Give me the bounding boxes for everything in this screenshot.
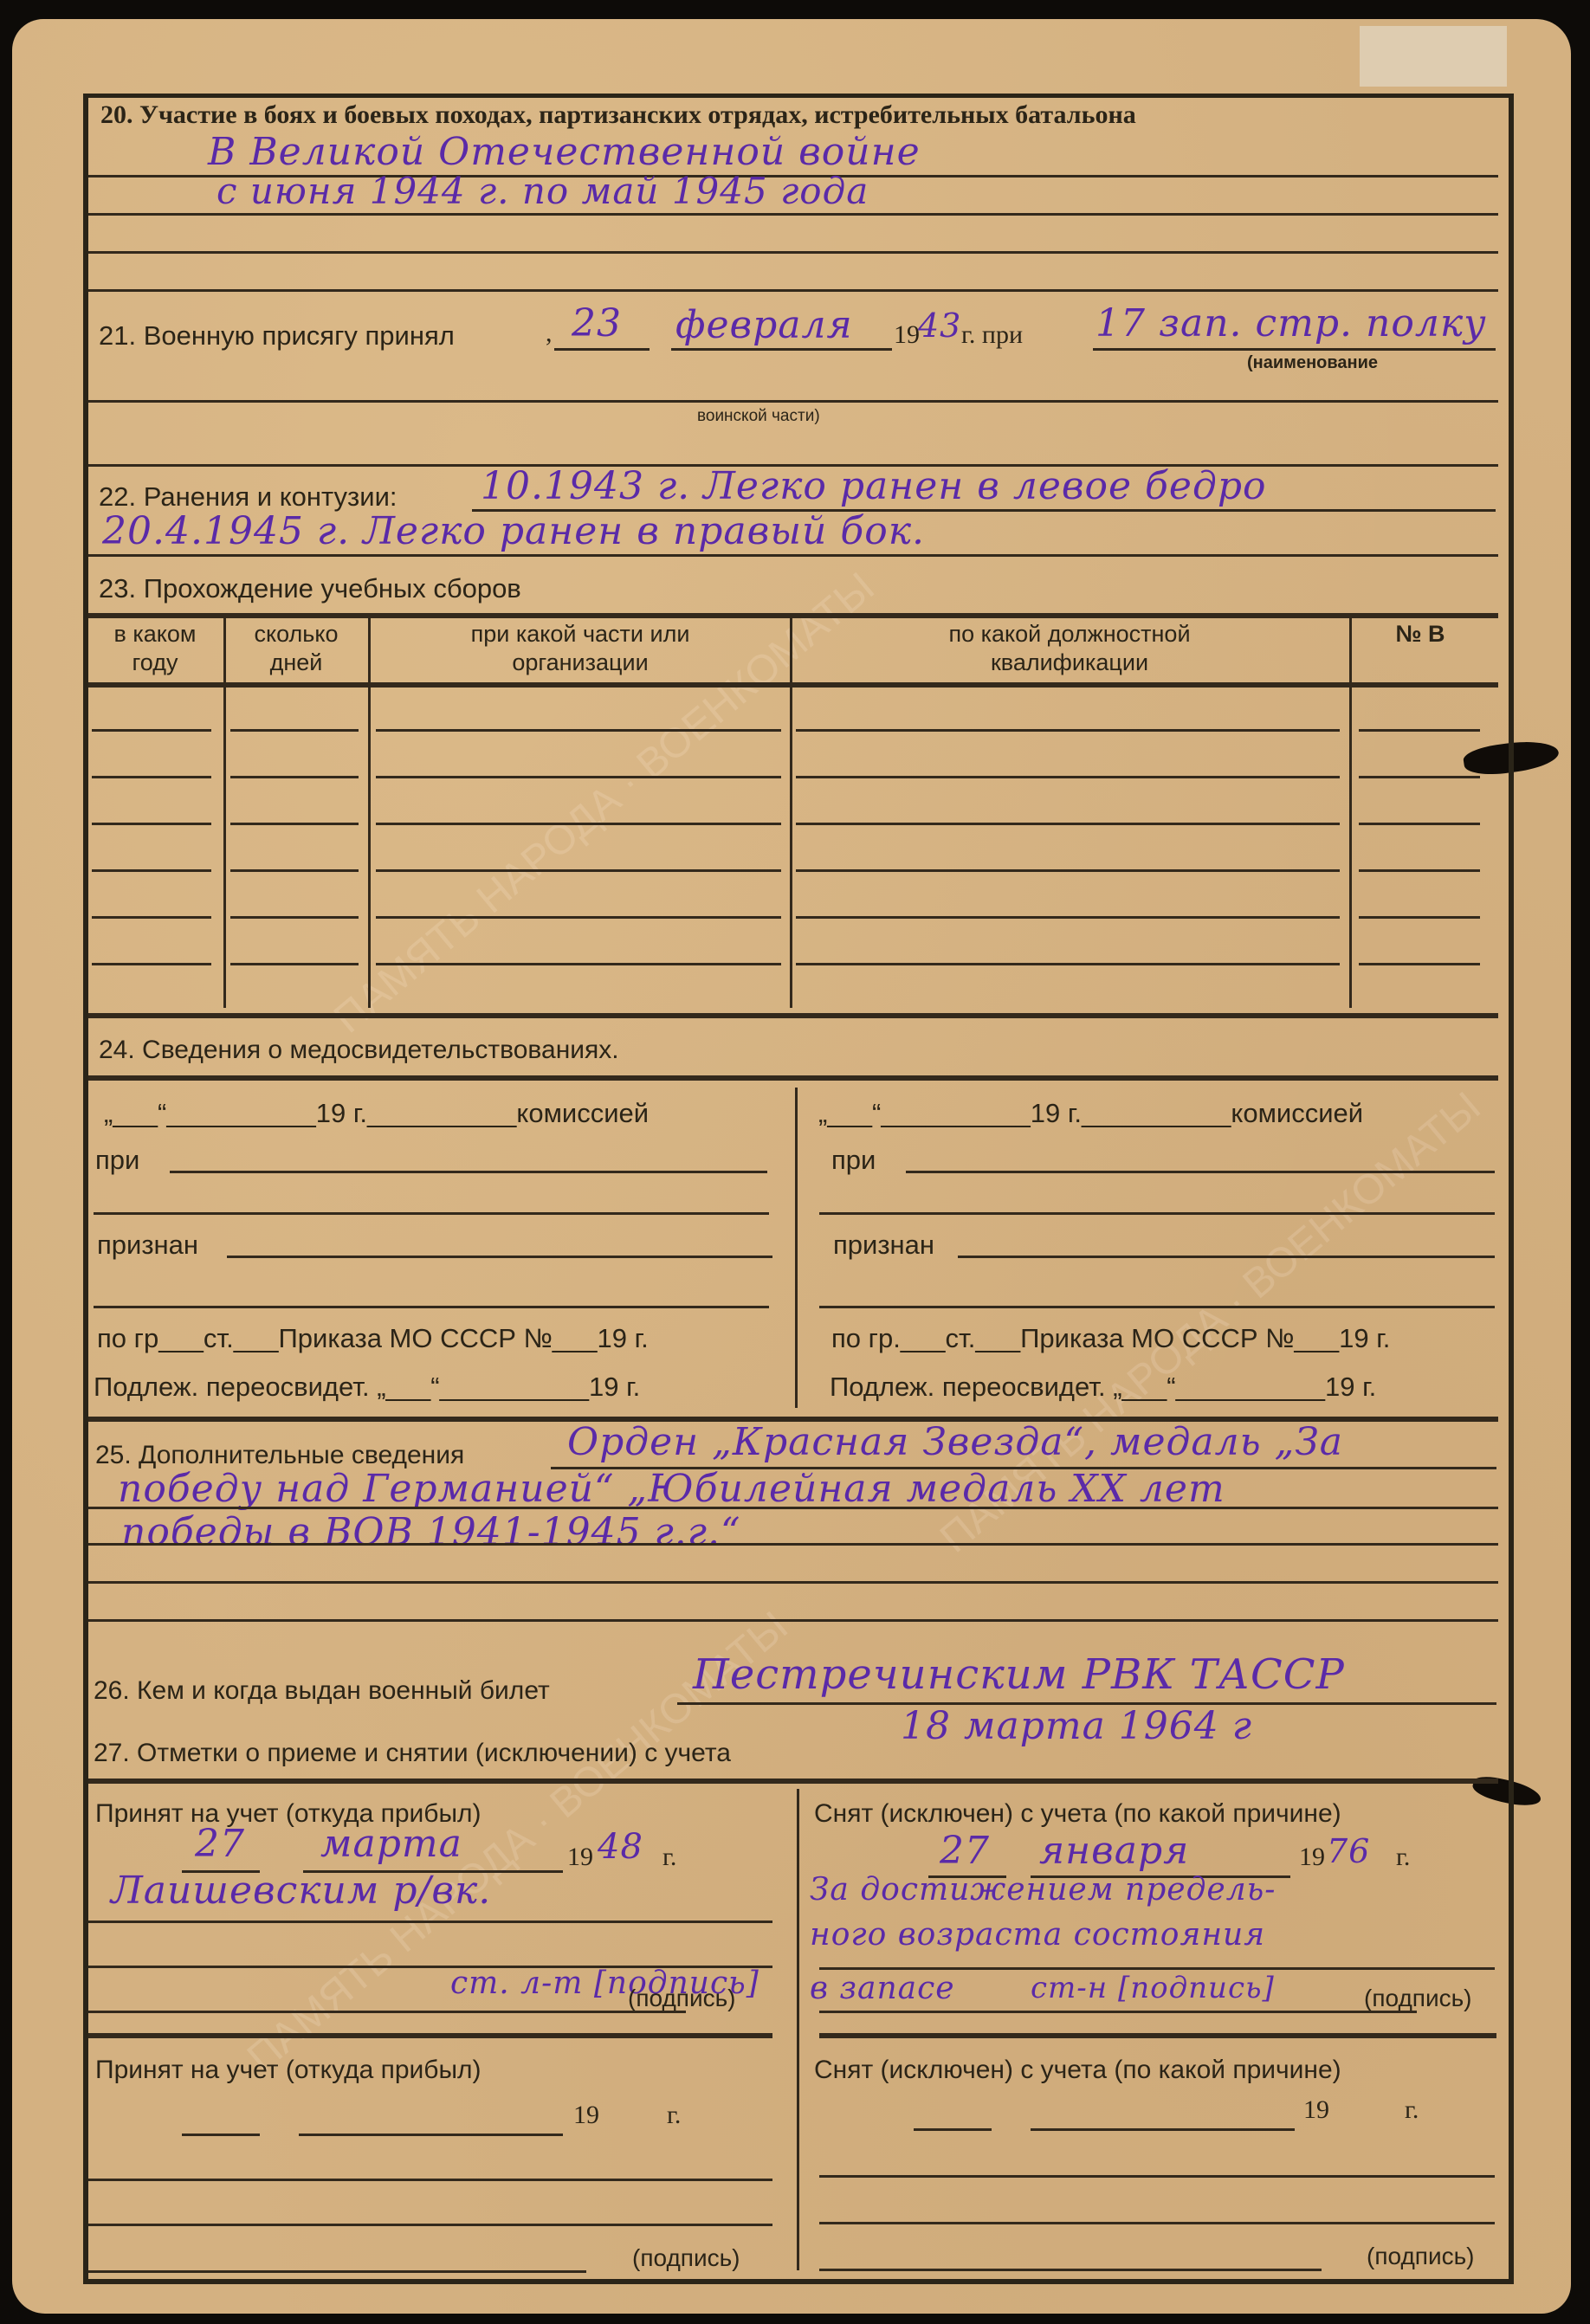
row-rule: [230, 963, 359, 965]
accepted-heading: Принят на учет (откуда прибыл): [95, 2056, 482, 2085]
section-27-label: 27. Отметки о приеме и снятии (исключени…: [94, 1739, 731, 1768]
rule: [819, 1967, 1495, 1970]
col-divider: [223, 618, 226, 1008]
row-rule: [796, 823, 1340, 825]
row-rule: [1359, 776, 1480, 778]
row-rule: [92, 963, 211, 965]
year-prefix: 19: [894, 320, 920, 350]
table-header-rule: [88, 682, 1498, 688]
removed-signature: ст-н [подпись]: [1031, 1971, 1275, 2005]
rule: [819, 2011, 1417, 2013]
row-rule: [92, 823, 211, 825]
rule: [554, 348, 650, 351]
row-rule: [376, 729, 781, 732]
row-rule: [796, 916, 1340, 919]
rule: [914, 2128, 992, 2131]
quote-mark: ,: [546, 319, 553, 348]
removed-reason: ного возраста состояния: [810, 1917, 1265, 1953]
row-rule: [376, 776, 781, 778]
table-top-rule: [88, 613, 1498, 618]
row-rule: [1359, 916, 1480, 919]
oath-month: февраля: [675, 303, 853, 347]
section-23-label: 23. Прохождение учебных сборов: [99, 573, 521, 604]
col-header-vus: № В: [1355, 620, 1485, 649]
col-header-unit: при какой части или организации: [372, 620, 788, 677]
row-rule: [230, 729, 359, 732]
section-25-label: 25. Дополнительные сведения: [95, 1441, 464, 1470]
accepted-month: марта: [320, 1822, 462, 1866]
rule: [88, 1619, 1498, 1622]
additional-info-entry: победу над Германией“ „Юбилейная медаль …: [118, 1467, 1225, 1511]
row-rule: [376, 963, 781, 965]
row-rule: [92, 916, 211, 919]
rule: [88, 554, 1498, 557]
removed-heading: Снят (исключен) с учета (по какой причин…: [814, 2056, 1341, 2085]
removed-reason: в запасе: [810, 1971, 955, 2006]
med-resurvey-line: Подлеж. переосвидет. „___“__________19 г…: [830, 1372, 1376, 1403]
signature-caption: (подпись): [628, 1985, 736, 2012]
row-rule: [230, 916, 359, 919]
col-header-days: сколько дней: [227, 620, 365, 677]
med-pri-label: при: [831, 1145, 876, 1176]
rule: [88, 1075, 1498, 1081]
removed-reason: За достижением предель-: [810, 1872, 1276, 1908]
signature-caption: (подпись): [1364, 1985, 1472, 2012]
section-26-label: 26. Кем и когда выдан военный билет: [94, 1676, 550, 1706]
rule: [88, 1779, 1498, 1784]
row-rule: [230, 776, 359, 778]
additional-info-entry: Орден „Красная Звезда“, медаль „За: [567, 1420, 1343, 1464]
rule: [819, 2269, 1322, 2271]
year-g-label: г.: [662, 1843, 676, 1872]
wound-entry: 20.4.1945 г. Легко ранен в правый бок.: [102, 509, 925, 553]
row-rule: [1359, 963, 1480, 965]
rule: [88, 1507, 1498, 1509]
section-24-label: 24. Сведения о медосвидетельствованиях.: [99, 1036, 619, 1065]
year-prefix: 19: [1299, 1843, 1325, 1872]
med-priznan-label: признан: [97, 1230, 198, 1261]
row-rule: [796, 729, 1340, 732]
ticket-issuer: Пестречинским РВК ТАССР: [693, 1650, 1345, 1699]
rule: [819, 2033, 1496, 2038]
table-bottom-rule: [88, 1013, 1498, 1018]
row-rule: [230, 823, 359, 825]
section-21-label: 21. Военную присягу принял: [99, 320, 455, 352]
rule: [94, 1306, 769, 1308]
col-header-qualification: по какой должностной квалификации: [792, 620, 1347, 677]
rule: [88, 1543, 1498, 1546]
col-divider: [795, 1088, 798, 1408]
med-date-line: „___“__________19 г.__________комиссией: [104, 1098, 649, 1129]
oath-unit: 17 зап. стр. полку: [1096, 301, 1487, 345]
accepted-day: 27: [195, 1822, 245, 1866]
section-20-entry: с июня 1944 г. по май 1945 года: [217, 170, 869, 212]
removed-month: января: [1039, 1829, 1189, 1873]
section-22-label: 22. Ранения и контузии:: [99, 481, 397, 513]
year-prefix: 19: [1303, 2095, 1329, 2125]
col-divider: [1349, 618, 1352, 1008]
row-rule: [230, 869, 359, 872]
row-rule: [796, 963, 1340, 965]
rule: [88, 1921, 772, 1923]
col-divider: [790, 618, 792, 1008]
rule: [227, 1256, 772, 1258]
row-rule: [1359, 729, 1480, 732]
row-rule: [1359, 869, 1480, 872]
med-order-line: по гр.___ст.___Приказа МО СССР №___19 г.: [831, 1323, 1390, 1354]
col-divider: [368, 618, 371, 1008]
col-header-year: в каком году: [88, 620, 222, 677]
rule: [88, 2011, 686, 2013]
med-date-line: „___“__________19 г.__________комиссией: [818, 1098, 1363, 1129]
year-g-label: г.: [1405, 2095, 1419, 2125]
rule: [1093, 348, 1496, 351]
rule: [88, 1581, 1498, 1584]
row-rule: [376, 823, 781, 825]
rule: [958, 1256, 1495, 1258]
row-rule: [92, 729, 211, 732]
med-resurvey-line: Подлеж. переосвидет. „___“__________19 г…: [94, 1372, 640, 1403]
paper-wear: [1360, 26, 1507, 87]
year-prefix: 19: [573, 2101, 599, 2130]
row-rule: [92, 869, 211, 872]
removed-day: 27: [940, 1829, 990, 1873]
rule: [88, 213, 1498, 216]
rule: [671, 348, 892, 351]
col-divider: [797, 1789, 799, 2270]
rule: [88, 2033, 772, 2038]
rule: [906, 1171, 1495, 1173]
med-pri-label: при: [95, 1145, 139, 1176]
rule: [182, 2134, 260, 2136]
caption: воинской части): [697, 407, 820, 426]
rule: [88, 2179, 772, 2181]
year-prefix: 19: [567, 1843, 593, 1872]
year-g-label: г.: [667, 2101, 681, 2130]
rule: [1031, 2128, 1295, 2131]
oath-year: 43: [918, 307, 961, 345]
rule: [88, 2224, 772, 2226]
accepted-from: Лаишевским р/вк.: [111, 1869, 491, 1913]
removed-year: 76: [1327, 1832, 1370, 1870]
rule: [88, 400, 1498, 403]
rule: [819, 1212, 1495, 1215]
signature-caption: (подпись): [1367, 2243, 1475, 2270]
rule: [88, 289, 1498, 292]
row-rule: [796, 869, 1340, 872]
caption: (наименование: [1247, 353, 1378, 373]
section-20-entry: В Великой Отечественной войне: [208, 130, 921, 174]
section-20-label: 20. Участие в боях и боевых походах, пар…: [100, 100, 1136, 130]
row-rule: [376, 916, 781, 919]
rule: [170, 1171, 767, 1173]
ticket-issue-date: 18 марта 1964 г: [901, 1704, 1252, 1748]
row-rule: [376, 869, 781, 872]
row-rule: [796, 776, 1340, 778]
rule: [88, 251, 1498, 254]
year-g-label: г. при: [961, 320, 1023, 350]
year-g-label: г.: [1396, 1843, 1410, 1872]
wound-entry: 10.1943 г. Легко ранен в левое бедро: [481, 464, 1267, 508]
row-rule: [92, 776, 211, 778]
rule: [299, 2134, 563, 2136]
removed-heading: Снят (исключен) с учета (по какой причин…: [814, 1799, 1341, 1829]
row-rule: [1359, 823, 1480, 825]
rule: [819, 2222, 1495, 2224]
oath-day: 23: [572, 301, 622, 345]
rule: [819, 1306, 1495, 1308]
additional-info-entry: победы в ВОВ 1941-1945 г.г.“: [121, 1510, 741, 1554]
rule: [819, 2175, 1495, 2178]
accepted-year: 48: [598, 1827, 643, 1867]
med-order-line: по гр___ст.___Приказа МО СССР №___19 г.: [97, 1323, 649, 1354]
rule: [88, 2270, 586, 2273]
signature-caption: (подпись): [632, 2244, 740, 2272]
rule: [94, 1212, 769, 1215]
med-priznan-label: признан: [833, 1230, 934, 1261]
